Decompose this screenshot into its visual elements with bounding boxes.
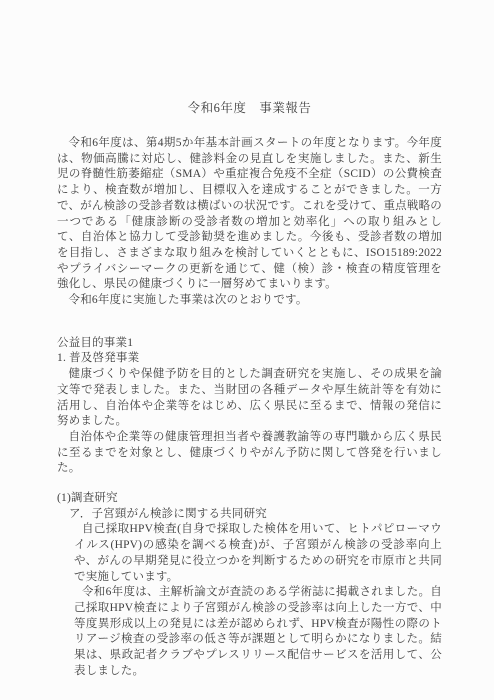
joint-study-paragraph-hpv-self-sampling: 自己採取HPV検査(自身で採取した検体を用いて、ヒトパピローマウイルス(HPV)… xyxy=(74,522,442,585)
joint-study-paragraph-results-publication: 令和6年度は、主解析論文が査読のある学術誌に掲載されました。自己採取HPV検査に… xyxy=(74,585,442,679)
page-title: 令和6年度 事業報告 xyxy=(57,101,442,115)
intro-closing-line: 令和6年度に実施した事業は次のとおりです。 xyxy=(57,293,442,309)
item-heading-cervical-cancer-joint-study: ア．子宮頸がん検診に関する共同研究 xyxy=(69,507,442,523)
document-page: 令和6年度 事業報告 令和6年度は、第4期5か年基本計画スタートの年度となります… xyxy=(0,0,494,700)
awareness-paragraph-target-audience: 自治体や企業等の健康管理担当者や養護教諭等の専門職から広く県民に至るまでを対象と… xyxy=(57,430,442,477)
subsection-heading-survey-research: (1)調査研究 xyxy=(57,491,442,507)
awareness-paragraph-research-publication: 健康づくりや保健予防を目的とした調査研究を実施し、その成果を論文等で発表しました… xyxy=(57,367,442,430)
section-heading-public-benefit-project-1: 公益目的事業1 xyxy=(57,336,442,352)
intro-paragraph: 令和6年度は、第4期5か年基本計画スタートの年度となります。今年度は、物価高騰に… xyxy=(57,136,442,293)
subsection-heading-awareness-project: 1. 普及啓発事業 xyxy=(57,351,442,367)
